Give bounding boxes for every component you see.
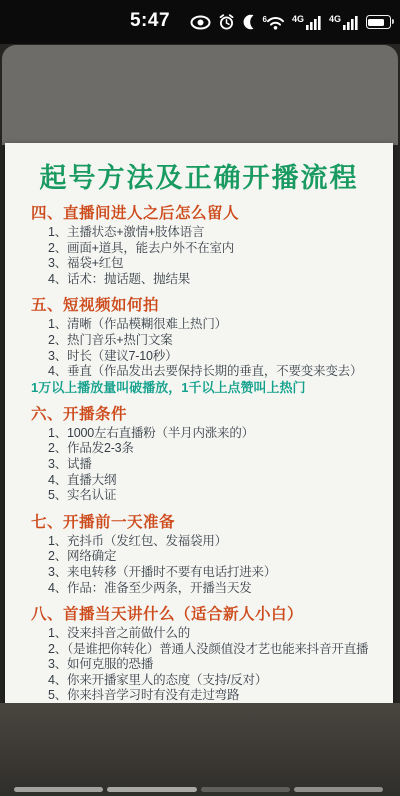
status-bar: 5:47 6 — [0, 0, 400, 44]
do-not-disturb-moon-icon — [242, 14, 256, 30]
media-viewer[interactable]: 起号方法及正确开播流程 四、直播间进人之后怎么留人 1、主播状态+激情+肢体语言… — [0, 44, 400, 703]
cellular-4g-label-2: 4G — [329, 15, 341, 24]
cellular-4g-label-1: 4G — [292, 15, 304, 24]
progress-segment-1[interactable] — [14, 787, 103, 792]
wifi-icon: 6 — [263, 15, 285, 30]
list-item: 2、作品发2-3条 — [5, 441, 393, 457]
progress-segment-4[interactable] — [294, 787, 383, 792]
section-7-heading: 七、开播前一天准备 — [5, 510, 393, 532]
list-item: 3、如何克服的恐播 — [5, 657, 393, 673]
status-icons: 6 4G 4G — [190, 0, 391, 44]
list-item: 3、来电转移（开播时不要有电话打进来） — [5, 565, 393, 581]
section-6-heading: 六、开播条件 — [5, 402, 393, 424]
list-item: 5、实名认证 — [5, 488, 393, 504]
list-item: 1、1000左右直播粉（半月内涨来的） — [5, 426, 393, 442]
list-item: 3、时长（建议7-10秒） — [5, 349, 393, 365]
video-progress-bar[interactable] — [14, 787, 383, 792]
cellular-signal-sim1-icon: 4G — [292, 15, 322, 30]
document-page: 起号方法及正确开播流程 四、直播间进人之后怎么留人 1、主播状态+激情+肢体语言… — [5, 143, 393, 703]
progress-segment-3[interactable] — [201, 787, 290, 792]
list-item: 4、你来开播家里人的态度（支持/反对） — [5, 673, 393, 689]
section-5-heading: 五、短视频如何拍 — [5, 293, 393, 315]
list-item: 1、没来抖音之前做什么的 — [5, 626, 393, 642]
battery-icon — [366, 15, 391, 29]
section-4: 四、直播间进人之后怎么留人 1、主播状态+激情+肢体语言 2、画面+道具，能去户… — [5, 201, 393, 287]
list-item: 1、清晰（作品模糊很难上热门） — [5, 317, 393, 333]
photo-background — [2, 45, 398, 145]
list-item: 1、主播状态+激情+肢体语言 — [5, 225, 393, 241]
clock-time: 5:47 — [118, 10, 182, 32]
list-item: 2、网络确定 — [5, 549, 393, 565]
list-item: 4、垂直（作品发出去要保持长期的垂直，不要变来变去） — [5, 364, 393, 380]
section-7: 七、开播前一天准备 1、充抖币（发红包、发福袋用） 2、网络确定 3、来电转移（… — [5, 510, 393, 596]
battery-cap — [392, 19, 394, 24]
highlight-note: 1万以上播放量叫破播放，1千以上点赞叫上热门 — [5, 380, 393, 396]
section-8: 八、首播当天讲什么（适合新人小白） 1、没来抖音之前做什么的 2、（是谁把你转化… — [5, 602, 393, 703]
cellular-signal-sim2-icon: 4G — [329, 15, 359, 30]
eye-protection-icon — [190, 15, 211, 30]
section-6: 六、开播条件 1、1000左右直播粉（半月内涨来的） 2、作品发2-3条 3、试… — [5, 402, 393, 504]
list-item: 3、福袋+红包 — [5, 256, 393, 272]
list-item: 2、画面+道具，能去户外不在室内 — [5, 241, 393, 257]
list-item: 3、试播 — [5, 457, 393, 473]
list-item: 2、（是谁把你转化）普通人没颜值没才艺也能来抖音开直播 — [5, 642, 393, 658]
progress-segment-2[interactable] — [107, 787, 196, 792]
section-4-heading: 四、直播间进人之后怎么留人 — [5, 201, 393, 223]
list-item: 4、话术：抛话题、抛结果 — [5, 272, 393, 288]
list-item: 1、充抖币（发红包、发福袋用） — [5, 534, 393, 550]
page-title: 起号方法及正确开播流程 — [5, 156, 393, 195]
alarm-icon — [218, 14, 235, 30]
list-item: 2、热门音乐+热门文案 — [5, 333, 393, 349]
section-5: 五、短视频如何拍 1、清晰（作品模糊很难上热门） 2、热门音乐+热门文案 3、时… — [5, 293, 393, 395]
battery-level — [368, 19, 384, 26]
list-item: 5、你来抖音学习时有没有走过弯路 — [5, 688, 393, 703]
list-item: 4、直播大纲 — [5, 473, 393, 489]
section-8-heading: 八、首播当天讲什么（适合新人小白） — [5, 602, 393, 624]
player-bottom-area — [0, 703, 400, 796]
list-item: 4、作品：准备至少两条，开播当天发 — [5, 581, 393, 597]
